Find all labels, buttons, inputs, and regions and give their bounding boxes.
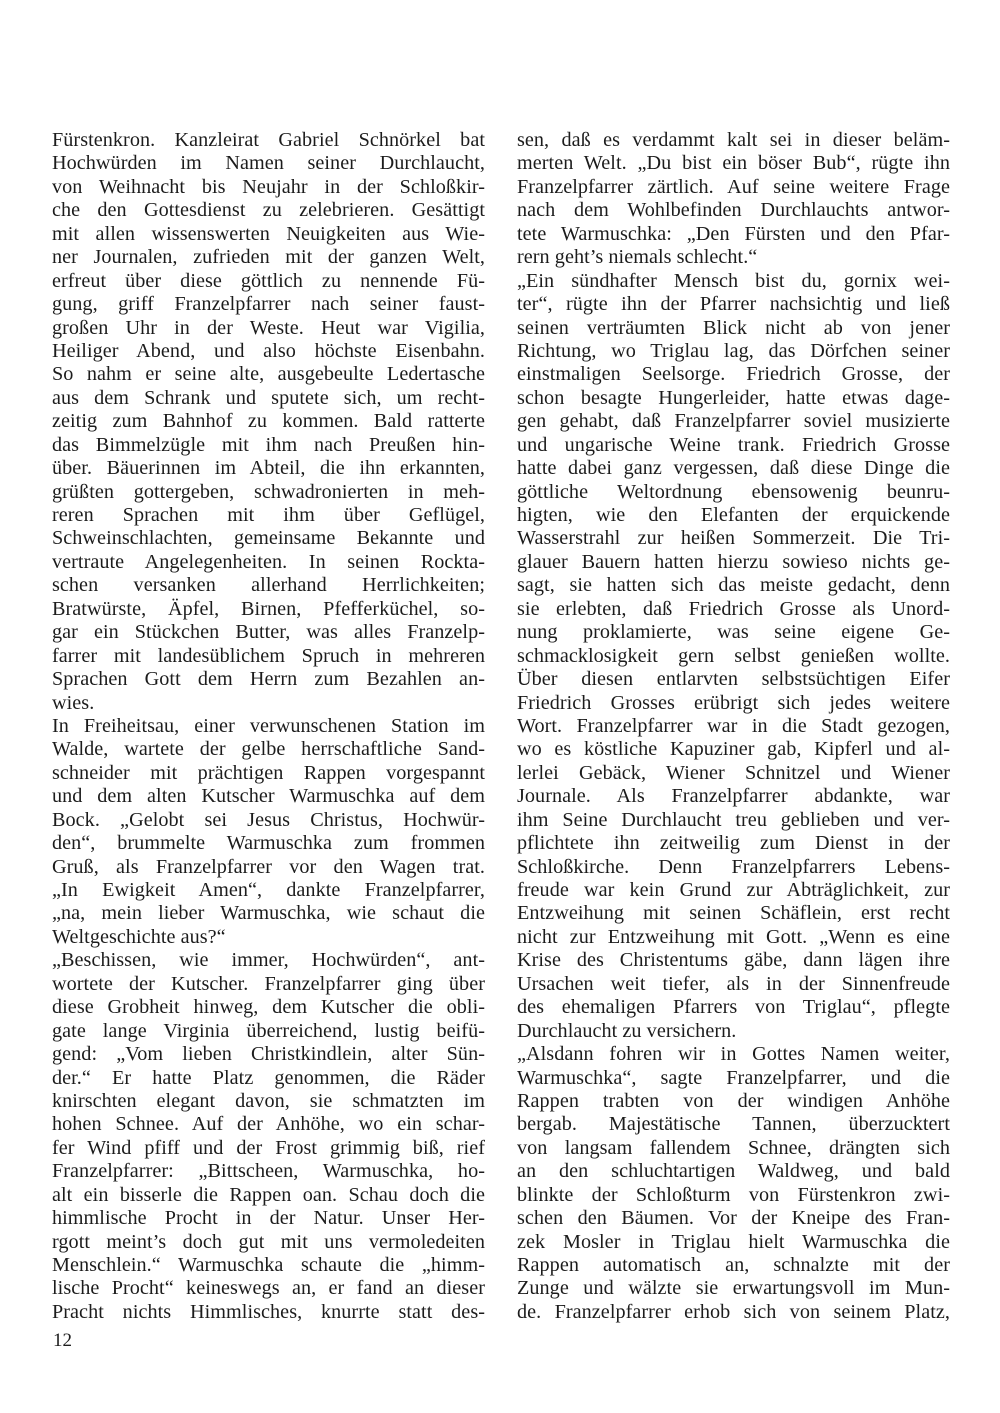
text-line: gend: „Vom lieben Christkindlein, alter … [52, 1043, 485, 1066]
text-line: „In Ewigkeit Amen“, dankte Franzelpfarre… [52, 879, 485, 902]
text-line: von Weihnacht bis Neujahr in der Schloßk… [52, 176, 485, 199]
page-number: 12 [53, 1330, 72, 1352]
text-line: bergab. Majestätische Tannen, überzuckte… [517, 1113, 950, 1136]
text-line: Rappen trabten von der windigen Anhöhe [517, 1090, 950, 1113]
text-line: ihm Seine Durchlaucht treu geblieben und… [517, 809, 950, 832]
text-line: Richtung, wo Triglau lag, das Dörfchen s… [517, 340, 950, 363]
text-line: pflichtete ihn zeitweilig zum Dienst in … [517, 832, 950, 855]
text-line: farrer mit landesüblichem Spruch in mehr… [52, 645, 485, 668]
text-line: Sprachen Gott dem Herrn zum Bezahlen an- [52, 668, 485, 691]
text-line: hohen Schnee. Auf der Anhöhe, wo ein sch… [52, 1113, 485, 1136]
text-line: Durchlaucht zu versichern. [517, 1020, 950, 1043]
text-line: glauer Bauern hatten hierzu sowieso nich… [517, 551, 950, 574]
text-line: „Alsdann fohren wir in Gottes Namen weit… [517, 1043, 950, 1066]
text-line: und ungarische Weine trank. Friedrich Gr… [517, 434, 950, 457]
text-line: wies. [52, 692, 485, 715]
text-line: sagt, sie hatten sich das meiste gedacht… [517, 574, 950, 597]
text-line: lerlei Gebäck, Wiener Schnitzel und Wien… [517, 762, 950, 785]
text-line: von langsam fallendem Schnee, drängten s… [517, 1137, 950, 1160]
text-line: Wasserstrahl zur heißen Sommerzeit. Die … [517, 527, 950, 550]
text-line: der.“ Er hatte Platz genommen, die Räder [52, 1067, 485, 1090]
text-line: über. Bäuerinnen im Abteil, die ihn erka… [52, 457, 485, 480]
text-line: rern geht’s niemals schlecht.“ [517, 246, 950, 269]
text-line: und dem alten Kutscher Warmuschka auf de… [52, 785, 485, 808]
text-line: aus dem Schrank und sputete sich, um rec… [52, 387, 485, 410]
text-line: che den Gottesdienst zu zelebrieren. Ges… [52, 199, 485, 222]
text-line: erfreut über diese göttlich zu nennende … [52, 270, 485, 293]
text-line: den“, brummelte Warmuschka zum frommen [52, 832, 485, 855]
text-line: Ursachen weit tiefer, als in der Sinnenf… [517, 973, 950, 996]
text-line: sen, daß es verdammt kalt sei in dieser … [517, 129, 950, 152]
text-line: Franzelpfarrer zärtlich. Auf seine weite… [517, 176, 950, 199]
right-text-column: sen, daß es verdammt kalt sei in dieser … [517, 129, 950, 1324]
text-line: „Ein sündhafter Mensch bist du, gornix w… [517, 270, 950, 293]
text-line: Friedrich Grosses erübrigt sich jedes we… [517, 692, 950, 715]
text-line: Hochwürden im Namen seiner Durchlaucht, [52, 152, 485, 175]
text-line: Über diesen entlarvten selbstsüchtigen E… [517, 668, 950, 691]
text-line: gate lange Virginia überreichend, lustig… [52, 1020, 485, 1043]
text-line: „Beschissen, wie immer, Hochwürden“, ant… [52, 949, 485, 972]
text-line: ner Journalen, zufrieden mit der ganzen … [52, 246, 485, 269]
text-line: einstmaligen Seelsorge. Friedrich Grosse… [517, 363, 950, 386]
text-line: gar ein Stückchen Butter, was alles Fran… [52, 621, 485, 644]
text-line: Heiliger Abend, und also höchste Eisenba… [52, 340, 485, 363]
text-line: Schloßkirche. Denn Franzelpfarrers Leben… [517, 856, 950, 879]
text-line: alt ein bisserle die Rappen oan. Schau d… [52, 1184, 485, 1207]
text-line: das Bimmelzügle mit ihm nach Preußen hin… [52, 434, 485, 457]
text-line: gen gehabt, daß Franzelpfarrer soviel mu… [517, 410, 950, 433]
text-line: fer Wind pfiff und der Frost grimmig biß… [52, 1137, 485, 1160]
text-line: Bratwürste, Äpfel, Birnen, Pfefferküchel… [52, 598, 485, 621]
text-line: seinen verträumten Blick nicht ab von je… [517, 317, 950, 340]
text-line: Wort. Franzelpfarrer war in die Stadt ge… [517, 715, 950, 738]
text-line: Zunge und wälzte sie erwartungsvoll im M… [517, 1277, 950, 1300]
text-line: Schweinschlachten, gemeinsame Bekannte u… [52, 527, 485, 550]
text-line: zek Mosler in Triglau hielt Warmuschka d… [517, 1231, 950, 1254]
text-line: schneider mit prächtigen Rappen vorgespa… [52, 762, 485, 785]
text-line: schen versanken allerhand Herrlichkeiten… [52, 574, 485, 597]
text-line: blinkte der Schloßturm von Fürstenkron z… [517, 1184, 950, 1207]
text-line: göttliche Weltordnung ebensowenig beunru… [517, 481, 950, 504]
text-line: wo es köstliche Kapuziner gab, Kipferl u… [517, 738, 950, 761]
text-line: Fürstenkron. Kanzleirat Gabriel Schnörke… [52, 129, 485, 152]
text-line: gung, griff Franzelpfarrer nach seiner f… [52, 293, 485, 316]
text-line: Gruß, als Franzelpfarrer vor den Wagen t… [52, 856, 485, 879]
text-line: Rappen automatisch an, schnalzte mit der [517, 1254, 950, 1277]
text-line: an den schluchtartigen Waldweg, und bald [517, 1160, 950, 1183]
text-line: wortete der Kutscher. Franzelpfarrer gin… [52, 973, 485, 996]
text-line: vertraute Angelegenheiten. In seinen Roc… [52, 551, 485, 574]
text-line: „na, mein lieber Warmuschka, wie schaut … [52, 902, 485, 925]
text-line: Pracht nichts Himmlisches, knurrte statt… [52, 1301, 485, 1324]
text-line: himmlische Procht in der Natur. Unser He… [52, 1207, 485, 1230]
text-line: Journale. Als Franzelpfarrer abdankte, w… [517, 785, 950, 808]
text-line: Bock. „Gelobt sei Jesus Christus, Hochwü… [52, 809, 485, 832]
text-line: mit allen wissenswerten Neuigkeiten aus … [52, 223, 485, 246]
text-line: higten, wie den Elefanten der erquickend… [517, 504, 950, 527]
text-line: zeitig zum Bahnhof zu kommen. Bald ratte… [52, 410, 485, 433]
text-line: nach dem Wohlbefinden Durchlauchts antwo… [517, 199, 950, 222]
text-line: grüßten gottergeben, schwadronierten in … [52, 481, 485, 504]
text-line: ter“, rügte ihn der Pfarrer nachsichtig … [517, 293, 950, 316]
text-line: tete Warmuschka: „Den Fürsten und den Pf… [517, 223, 950, 246]
text-line: Krise des Christentums gäbe, dann lägen … [517, 949, 950, 972]
text-line: In Freiheitsau, einer verwunschenen Stat… [52, 715, 485, 738]
text-line: nung proklamierte, was seine eigene Ge- [517, 621, 950, 644]
text-line: reren Sprachen mit ihm über Geflügel, [52, 504, 485, 527]
text-line: schen den Bäumen. Vor der Kneipe des Fra… [517, 1207, 950, 1230]
text-line: des ehemaligen Pfarrers von Triglau“, pf… [517, 996, 950, 1019]
text-line: großen Uhr in der Weste. Heut war Vigili… [52, 317, 485, 340]
text-line: Franzelpfarrer: „Bittscheen, Warmuschka,… [52, 1160, 485, 1183]
text-line: schon besagte Hungerleider, hatte etwas … [517, 387, 950, 410]
text-line: freude war kein Grund zur Abträglichkeit… [517, 879, 950, 902]
text-line: diese Grobheit hinweg, dem Kutscher die … [52, 996, 485, 1019]
text-line: hatte dabei ganz vergessen, daß diese Di… [517, 457, 950, 480]
text-line: nicht zur Entzweihung mit Gott. „Wenn es… [517, 926, 950, 949]
text-line: Walde, wartete der gelbe herrschaftliche… [52, 738, 485, 761]
text-line: rgott meint’s doch gut mit uns vermolede… [52, 1231, 485, 1254]
text-line: So nahm er seine alte, ausgebeulte Leder… [52, 363, 485, 386]
text-line: schmacklosigkeit gern selbst genießen wo… [517, 645, 950, 668]
text-line: lische Procht“ keineswegs an, er fand an… [52, 1277, 485, 1300]
text-line: sie erlebten, daß Friedrich Grosse als U… [517, 598, 950, 621]
text-line: Menschlein.“ Warmuschka schaute die „him… [52, 1254, 485, 1277]
text-line: de. Franzelpfarrer erhob sich von seinem… [517, 1301, 950, 1324]
text-line: Entzweihung mit seinen Schäflein, erst r… [517, 902, 950, 925]
text-line: merten Welt. „Du bist ein böser Bub“, rü… [517, 152, 950, 175]
left-text-column: Fürstenkron. Kanzleirat Gabriel Schnörke… [52, 129, 485, 1324]
text-line: Weltgeschichte aus?“ [52, 926, 485, 949]
text-line: knirschten elegant davon, sie schmatzten… [52, 1090, 485, 1113]
text-line: Warmuschka“, sagte Franzelpfarrer, und d… [517, 1067, 950, 1090]
book-page: Fürstenkron. Kanzleirat Gabriel Schnörke… [0, 0, 1000, 1413]
